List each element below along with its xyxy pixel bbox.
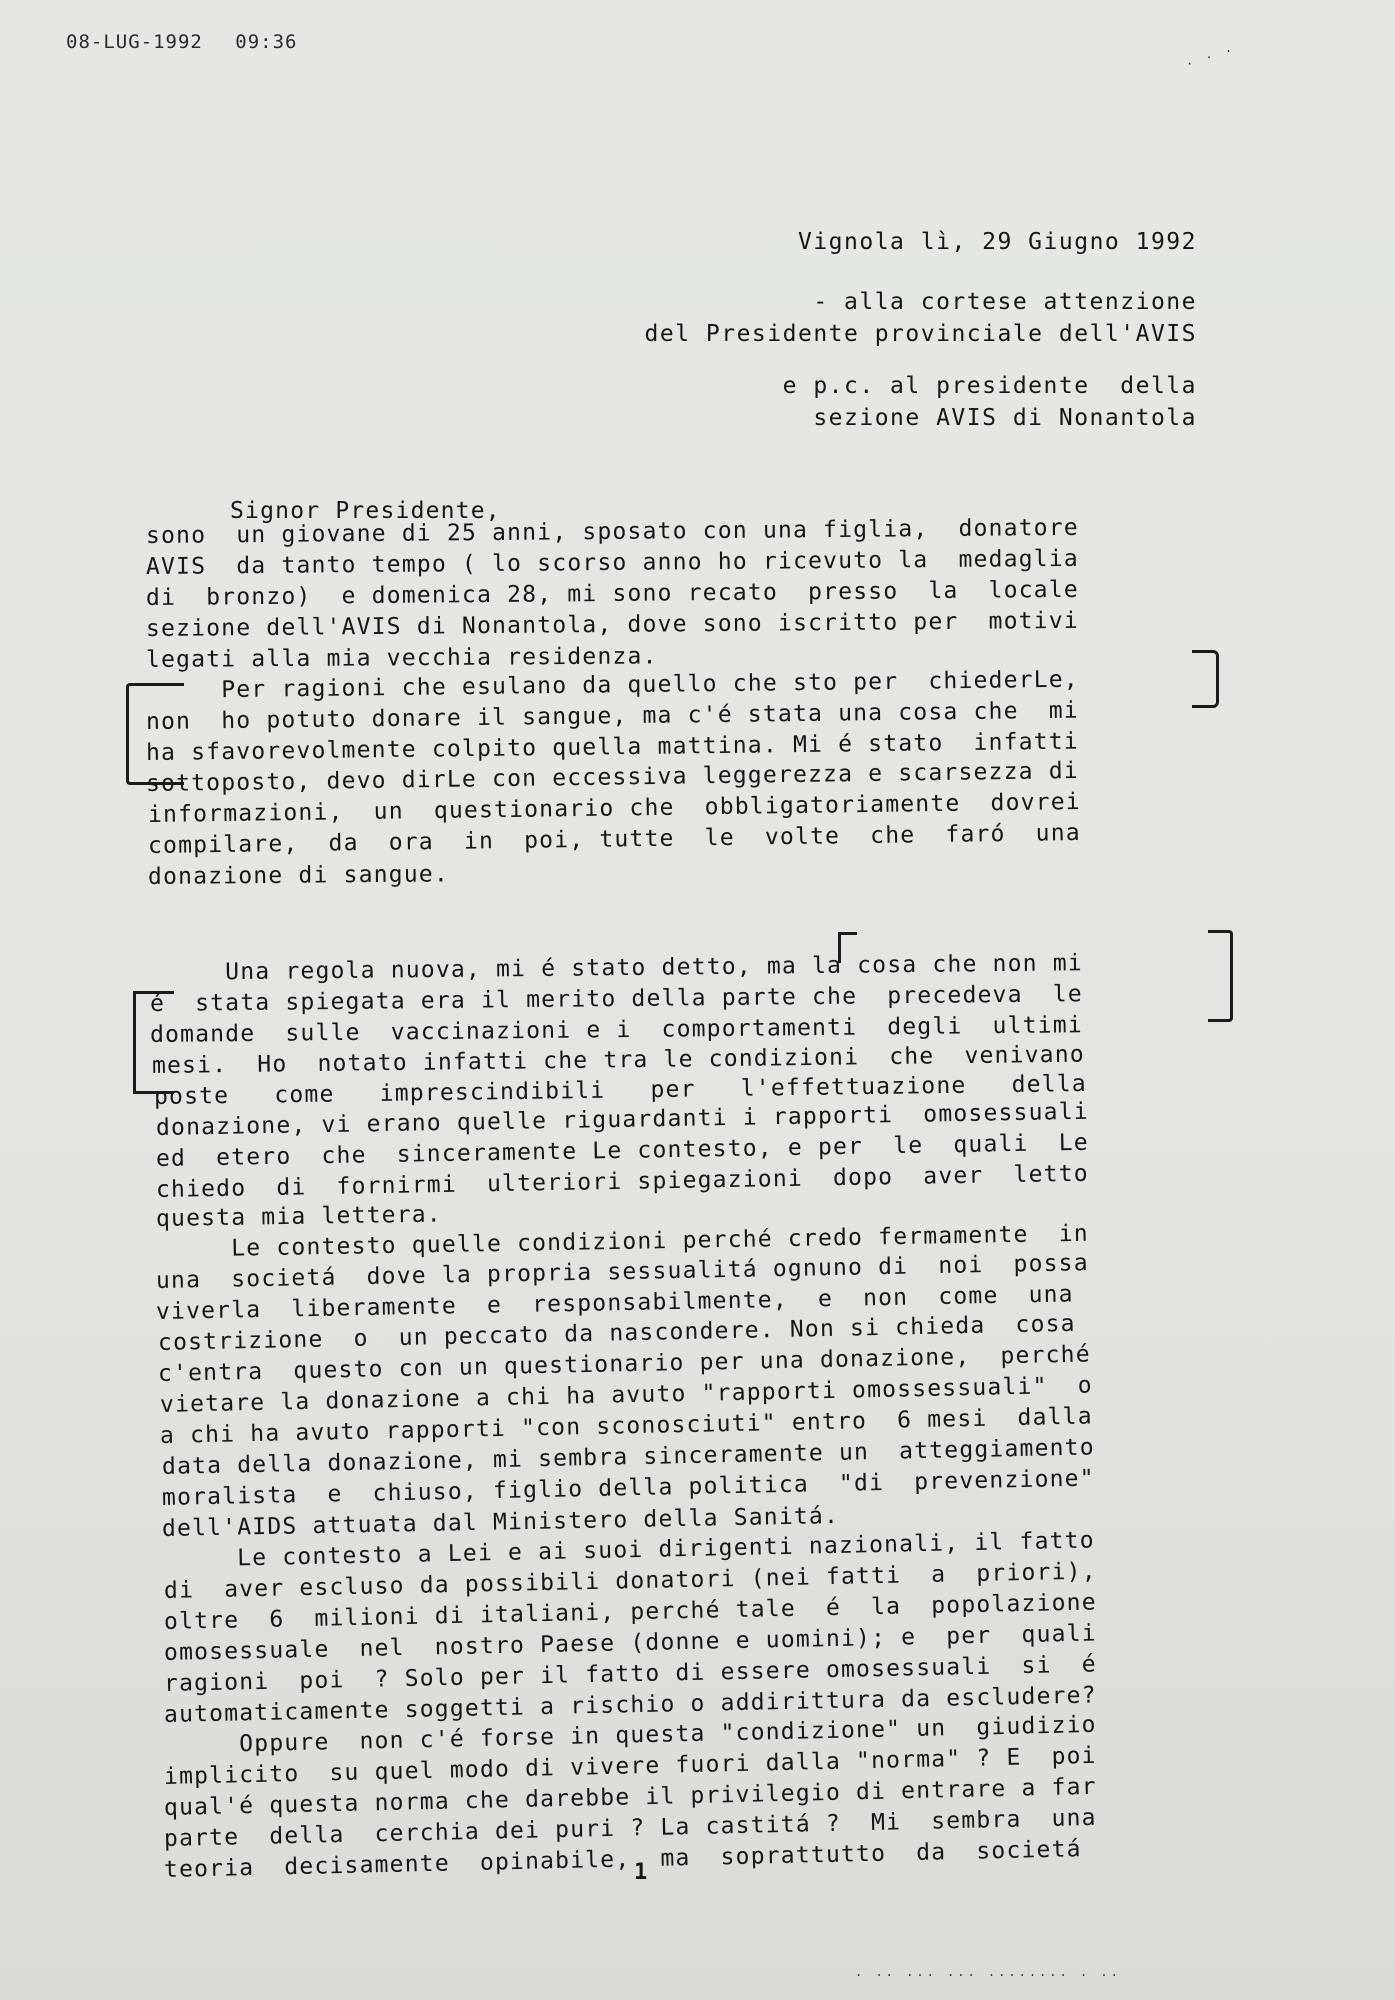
fax-transmission-header: 08-LUG-1992 09:36 xyxy=(66,31,318,53)
recipient-line-1: - alla cortese attenzione xyxy=(813,286,1197,318)
body-line: di bronzo) e domenica 28, mi sono recato… xyxy=(146,577,1079,611)
recipient-line-3: e p.c. al presidente della xyxy=(783,370,1197,402)
body-line: Una regola nuova, mi é stato detto, ma l… xyxy=(150,950,1083,986)
margin-bracket-left-2 xyxy=(133,991,174,1094)
recipient-line-4: sezione AVIS di Nonantola xyxy=(813,402,1197,434)
fax-date: 08-LUG-1992 xyxy=(66,31,203,53)
recipient-line-2: del Presidente provinciale dell'AVIS xyxy=(645,318,1198,350)
body-line: legati alla mia vecchia residenza. xyxy=(146,643,658,673)
body-line: questa mia lettera. xyxy=(156,1202,442,1232)
margin-bracket-right-2 xyxy=(1208,930,1233,1022)
margin-bracket-left-1 xyxy=(126,683,184,785)
body-line: sezione dell'AVIS di Nonantola, dove son… xyxy=(146,608,1079,642)
body-line: é stata spiegata era il merito della par… xyxy=(150,981,1083,1017)
fax-time: 09:36 xyxy=(235,31,297,53)
margin-bracket-right-1 xyxy=(1192,650,1219,708)
scan-speckles-bottom: . .. ... ... ........ . .. xyxy=(855,1965,1121,1979)
scan-speckles: · · · xyxy=(1184,42,1237,71)
body-line: donazione di sangue. xyxy=(148,861,449,890)
place-date: Vignola lì, 29 Giugno 1992 xyxy=(798,226,1197,258)
inline-bracket-open xyxy=(838,932,857,963)
body-line: AVIS da tanto tempo ( lo scorso anno ho … xyxy=(146,546,1079,580)
page-number: 1 xyxy=(634,1860,647,1885)
document-page: 08-LUG-1992 09:36 · · · Vignola lì, 29 G… xyxy=(0,0,1395,2000)
